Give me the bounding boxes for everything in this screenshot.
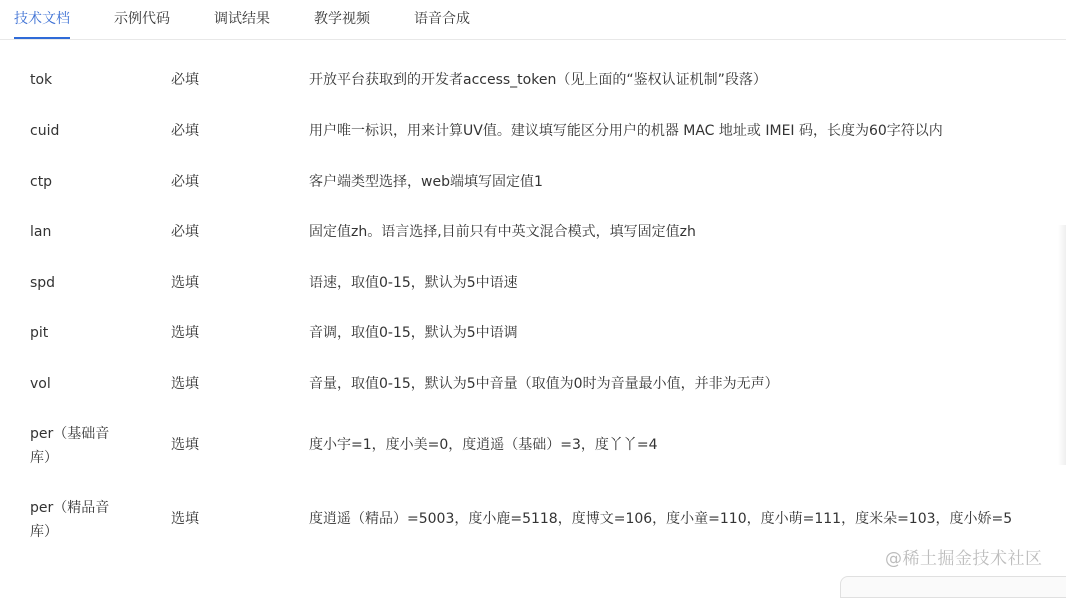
param-name-line1: per（精品音 <box>30 500 109 516</box>
param-required: 选填 <box>171 323 199 343</box>
param-name: spd <box>30 271 130 295</box>
tab-tech-docs[interactable]: 技术文档 <box>14 9 70 39</box>
param-required: 选填 <box>171 374 199 394</box>
param-required: 选填 <box>171 435 199 455</box>
param-desc: 固定值zh。语言选择,目前只有中英文混合模式，填写固定值zh <box>309 222 696 242</box>
param-desc: 客户端类型选择，web端填写固定值1 <box>309 172 543 192</box>
param-required: 必填 <box>171 222 199 242</box>
param-name: lan <box>30 220 130 244</box>
param-desc: 音量，取值0-15，默认为5中音量（取值为0时为音量最小值，并非为无声） <box>309 374 779 394</box>
param-required: 选填 <box>171 273 199 293</box>
param-name: vol <box>30 372 130 396</box>
param-desc: 度小宇=1，度小美=0，度逍遥（基础）=3，度丫丫=4 <box>309 435 658 455</box>
param-name: pit <box>30 321 130 345</box>
param-required: 必填 <box>171 121 199 141</box>
param-name-line1: per（基础音 <box>30 426 109 442</box>
tab-tutorial-videos[interactable]: 教学视频 <box>314 9 370 39</box>
param-required: 选填 <box>171 509 199 529</box>
param-name: cuid <box>30 119 130 143</box>
watermark: @稀土掘金技术社区 <box>885 544 1043 569</box>
scrollbar[interactable] <box>1058 225 1066 465</box>
floating-widget-edge <box>840 576 1066 583</box>
param-desc: 用户唯一标识，用来计算UV值。建议填写能区分用户的机器 MAC 地址或 IMEI… <box>309 121 943 141</box>
param-name: per（基础音 库） <box>30 422 130 470</box>
tab-debug-results[interactable]: 调试结果 <box>214 9 270 39</box>
param-required: 必填 <box>171 70 199 90</box>
param-name-line2: 库） <box>30 524 58 540</box>
param-name: ctp <box>30 170 130 194</box>
param-desc: 度逍遥（精品）=5003，度小鹿=5118，度博文=106，度小童=110，度小… <box>309 509 1012 529</box>
param-name-line2: 库） <box>30 450 58 466</box>
tab-bar: 技术文档 示例代码 调试结果 教学视频 语音合成 <box>0 0 1066 40</box>
param-name: tok <box>30 68 130 92</box>
tab-sample-code[interactable]: 示例代码 <box>114 9 170 39</box>
param-desc: 音调，取值0-15，默认为5中语调 <box>309 323 518 343</box>
param-desc: 语速，取值0-15，默认为5中语速 <box>309 273 518 293</box>
param-required: 必填 <box>171 172 199 192</box>
param-name: per（精品音 库） <box>30 496 130 544</box>
param-desc: 开放平台获取到的开发者access_token（见上面的“鉴权认证机制”段落） <box>309 70 767 90</box>
tab-speech-synthesis[interactable]: 语音合成 <box>414 9 470 39</box>
